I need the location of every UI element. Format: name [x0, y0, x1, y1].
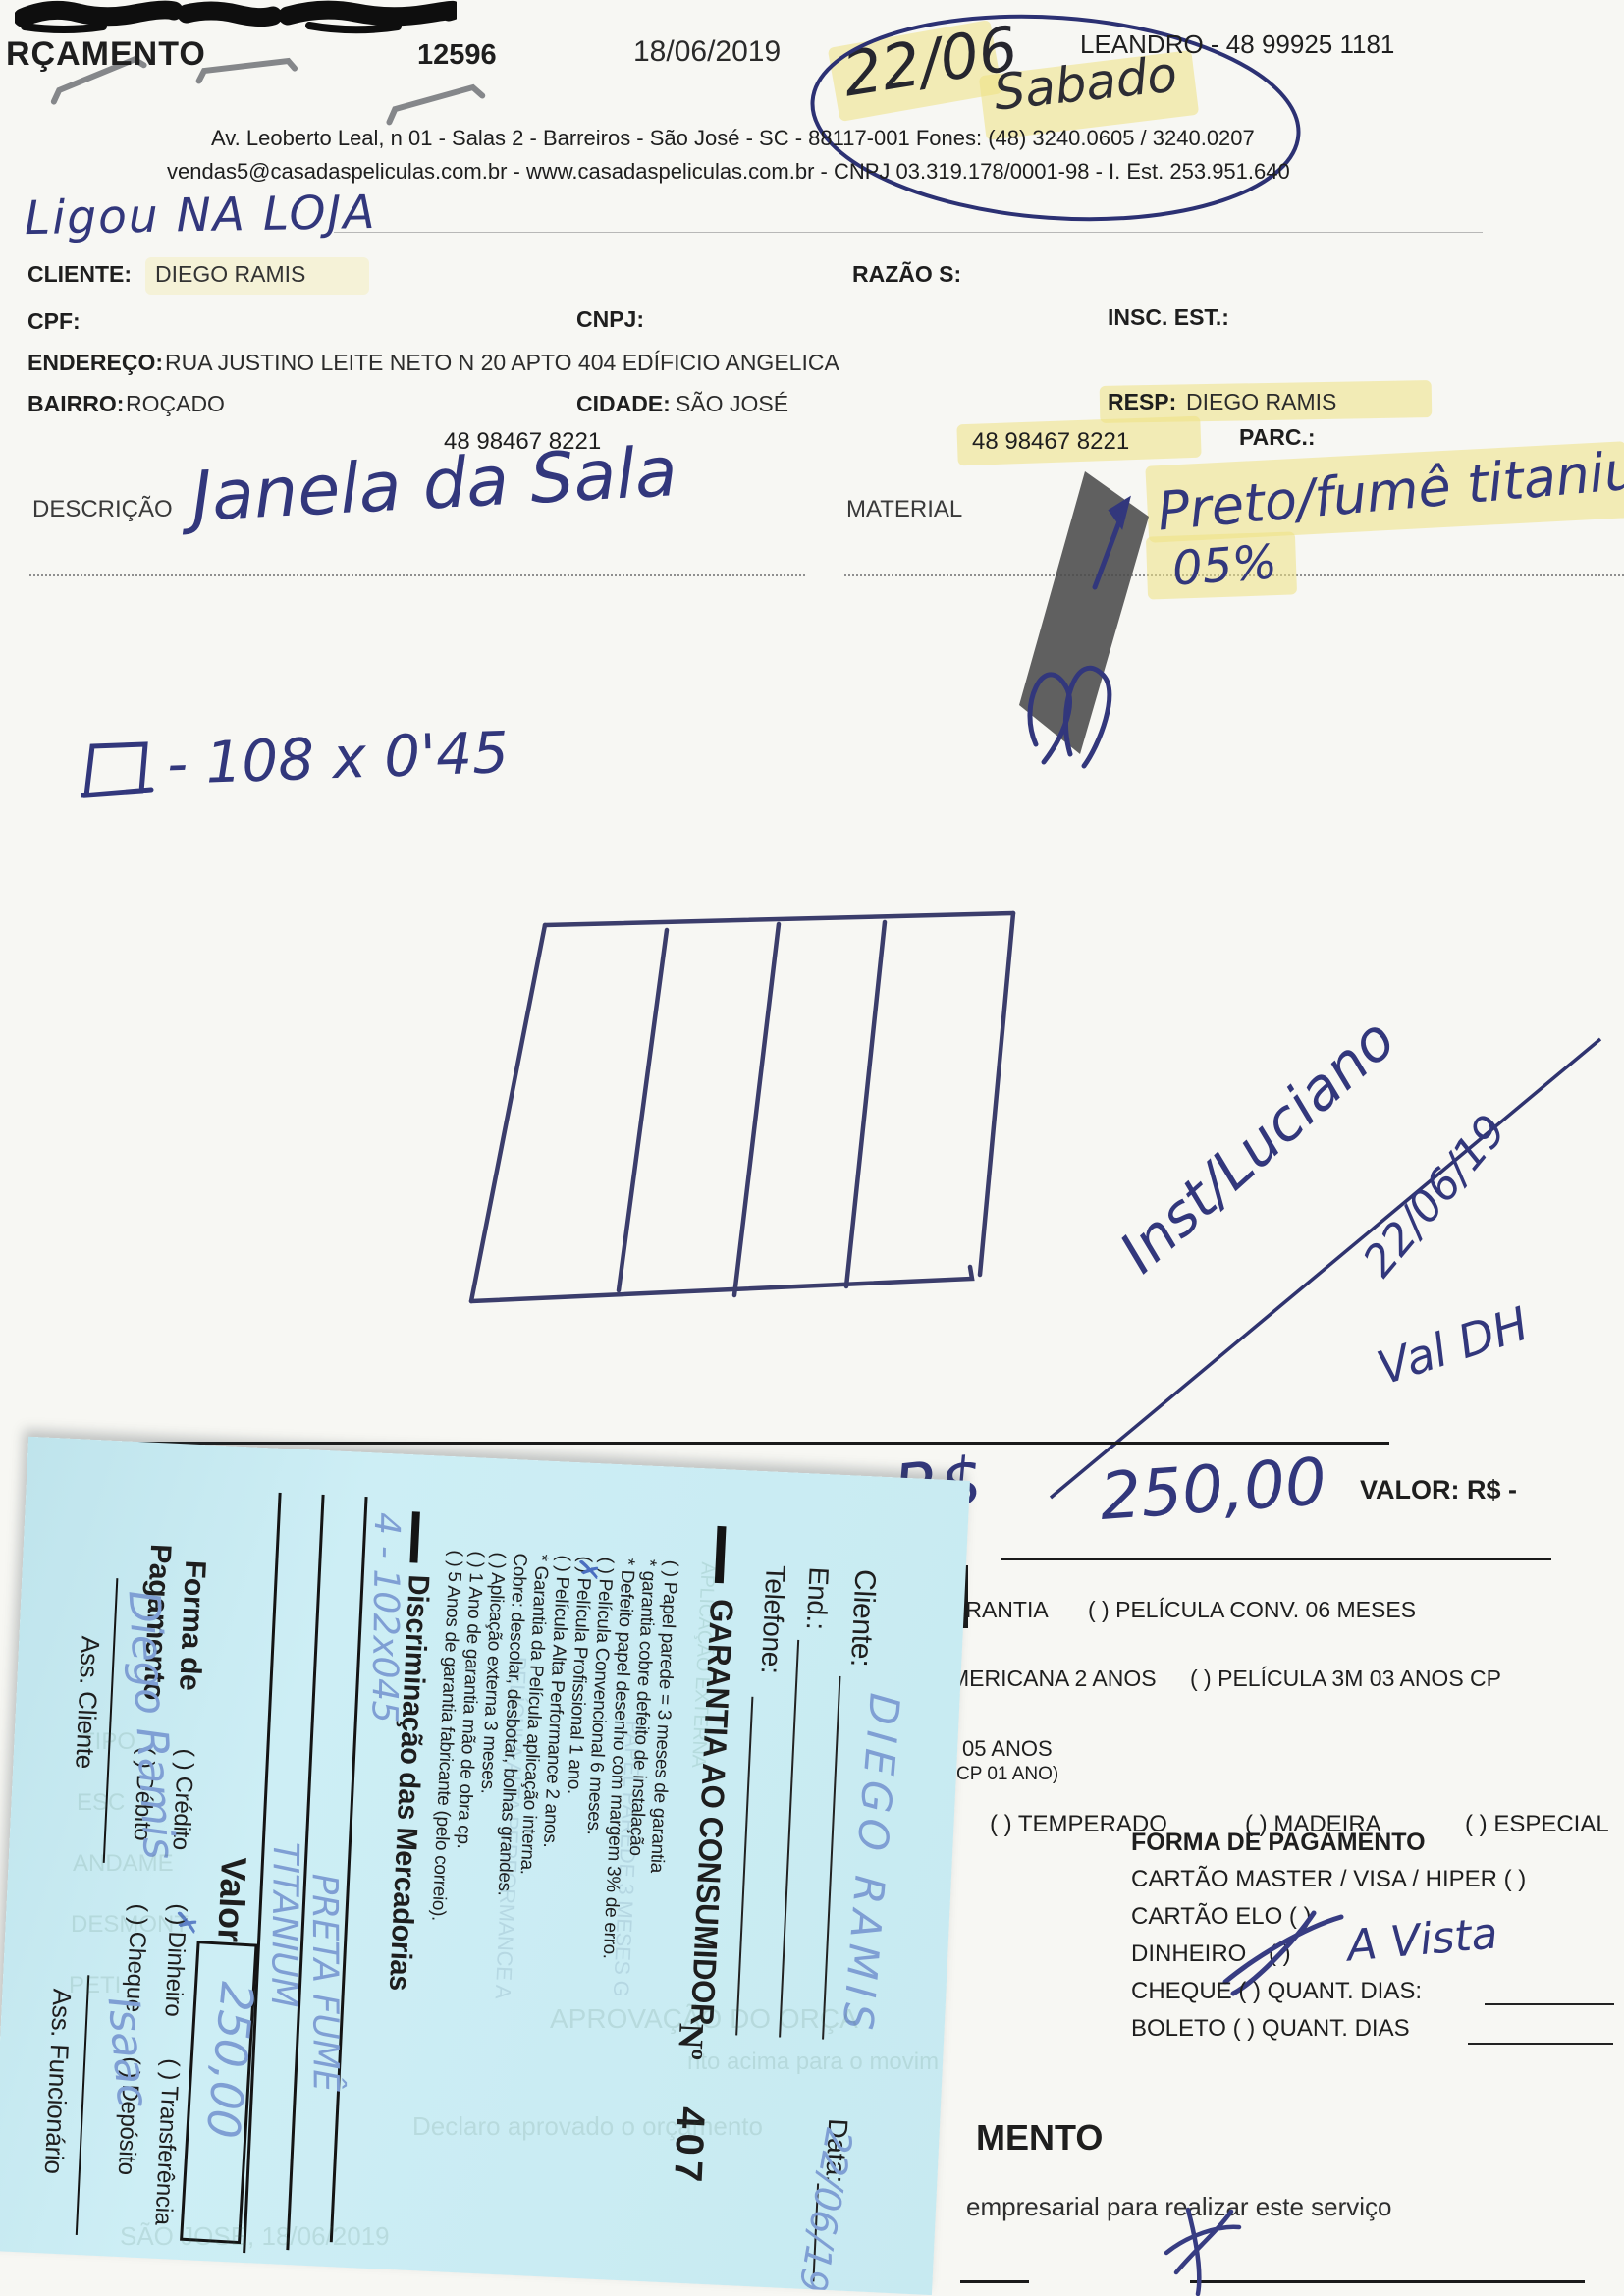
- descricao-handwriting: Janela da Sala: [189, 431, 678, 537]
- valor-label: VALOR: R$ -: [1360, 1475, 1517, 1505]
- doc-number: 12596: [417, 39, 497, 72]
- ghost-text: ESC: [77, 1789, 125, 1817]
- window-sketch: [432, 884, 1041, 1326]
- garantia-row4-left: CP 01 ANO): [956, 1764, 1058, 1785]
- ghost-text: nto acima para o movim: [687, 2049, 939, 2076]
- pagamento-title: FORMA DE PAGAMENTO: [1131, 1829, 1426, 1857]
- receipt-end-label: End.:: [800, 1566, 835, 1630]
- receipt-end-line: [779, 1640, 799, 2038]
- cheque-dias-line: [1485, 2003, 1614, 2005]
- garantia-row2-left: MERICANA 2 ANOS: [950, 1666, 1157, 1692]
- receipt-telefone-label: Telefone:: [755, 1564, 791, 1674]
- staple-icon: [378, 76, 491, 133]
- receipt-signature-funcionario: Isaac: [98, 1995, 158, 2109]
- crease-line: [334, 232, 1483, 233]
- bairro-value: ROÇADO: [126, 391, 225, 417]
- cliente-value: DIEGO RAMIS: [155, 261, 305, 288]
- resp-label: RESP:: [1108, 389, 1176, 415]
- cnpj-label: CNPJ:: [576, 306, 644, 333]
- endereco-value: RUA JUSTINO LEITE NETO N 20 APTO 404 EDÍ…: [165, 350, 839, 376]
- staple-icon: [191, 50, 301, 89]
- receipt-cliente-hand: DIEGO RAMIS: [833, 1691, 908, 2037]
- receipt-merc-hand-3: TITANIUM: [263, 1841, 305, 2007]
- cidade-label: CIDADE:: [576, 391, 671, 417]
- ink-blob-and-arrow: [1001, 460, 1188, 774]
- contact-line: vendas5@casadaspeliculas.com.br - www.ca…: [167, 159, 1290, 185]
- ghost-text: ANDAME: [73, 1850, 174, 1878]
- receipt-forma-title-1: Forma de: [172, 1559, 211, 1691]
- descricao-line: [29, 574, 805, 576]
- garantia-row3-left: 05 ANOS: [962, 1736, 1053, 1762]
- receipt-valor-label: Valor: [209, 1856, 254, 1942]
- material-label: MATERIAL: [846, 496, 962, 523]
- endereco-label: ENDEREÇO:: [27, 350, 163, 376]
- cidade-value: SÃO JOSÉ: [676, 391, 788, 417]
- scanned-budget-form: RÇAMENTO 12596 18/06/2019 22/06 Sabado L…: [0, 0, 1624, 2296]
- ghost-text: DESMONT: [71, 1911, 189, 1939]
- pagamento-boleto: BOLETO ( ) QUANT. DIAS: [1131, 2015, 1410, 2043]
- receipt-merc-hand-2: PRETA FUMÊ: [304, 1873, 346, 2091]
- razao-label: RAZÃO S:: [852, 261, 961, 288]
- receipt-ass-funcionario: Ass. Funcionário: [38, 1988, 78, 2174]
- measure-handwriting: - 108 x 0'45: [166, 719, 510, 797]
- ass-cliente-line: [103, 1578, 119, 1863]
- signature-line-short: [960, 2280, 1029, 2283]
- receipt-data-hand: 22/06/19: [790, 2125, 861, 2295]
- handwritten-note-ligou: Ligou NA LOJA: [25, 186, 377, 246]
- pagamento-cheque: CHEQUE ( ) QUANT. DIAS:: [1131, 1978, 1422, 2005]
- ghost-text: Declaro aprovado o orçamento: [412, 2111, 763, 2142]
- descricao-label: DESCRIÇÃO: [32, 496, 173, 523]
- doc-date: 18/06/2019: [633, 35, 781, 69]
- garantia-row2-right: ( ) PELÍCULA 3M 03 ANOS CP: [1190, 1666, 1501, 1692]
- discrim-bar: [409, 1511, 419, 1562]
- option-especial: ( ) ESPECIAL: [1465, 1811, 1609, 1838]
- rule-valor: [1001, 1558, 1551, 1560]
- phone-right: 48 98467 8221: [972, 428, 1129, 456]
- ghost-text: TIPO: [81, 1728, 135, 1756]
- pagamento-avista-hand: A Vista: [1345, 1908, 1499, 1971]
- insc-label: INSC. EST.:: [1108, 304, 1229, 331]
- ghost-text: APROVAÇÃO DO ORÇA: [550, 2003, 858, 2035]
- resp-value: DIEGO RAMIS: [1186, 389, 1336, 415]
- pagamento-cartao-master: CARTÃO MASTER / VISA / HIPER ( ): [1131, 1866, 1526, 1893]
- receipt-telefone-line: [735, 1697, 753, 2036]
- hand-square-glyph: [81, 735, 157, 805]
- cpf-label: CPF:: [27, 308, 81, 335]
- cliente-label: CLIENTE:: [27, 261, 132, 288]
- rule-top: [93, 1442, 1389, 1445]
- doc-title: RÇAMENTO: [6, 35, 206, 74]
- bairro-label: BAIRRO:: [27, 391, 124, 417]
- pen-x-signature: [1159, 2204, 1257, 2296]
- garantia-row1-left: ARANTIA: [950, 1597, 1049, 1623]
- pen-check-profissional: ✗: [570, 1556, 606, 1583]
- address-line: Av. Leoberto Leal, n 01 - Salas 2 - Barr…: [211, 126, 1255, 151]
- ass-funcionario-line: [76, 1975, 89, 2235]
- parc-label: PARC.:: [1239, 424, 1316, 451]
- receipt-merc-hand-1: 4 - 102x045: [363, 1512, 406, 1723]
- aprovacao-title-cut: MENTO: [976, 2117, 1103, 2159]
- ghost-text: PETI: [69, 1972, 121, 1999]
- valor-handwriting: 250,00: [1098, 1444, 1329, 1535]
- merc-line-1: [330, 1497, 368, 2242]
- ghost-text: SÃO JOSÉ, 18/06/2019: [120, 2221, 390, 2252]
- receipt-cliente-label: Cliente:: [843, 1568, 882, 1667]
- seller-line: LEANDRO - 48 99925 1181: [1080, 29, 1394, 60]
- boleto-dias-line: [1468, 2043, 1613, 2045]
- garantia-row1-right: ( ) PELÍCULA CONV. 06 MESES: [1088, 1597, 1416, 1623]
